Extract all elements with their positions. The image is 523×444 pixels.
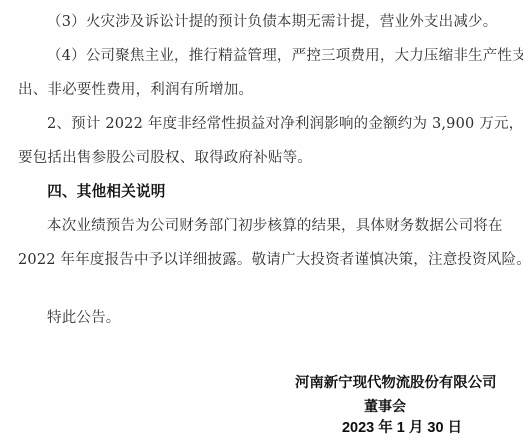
announcement-date: 2023 年 1 月 30 日 xyxy=(307,417,497,440)
paragraph-line: 要包括出售参股公司股权、取得政府补贴等。 xyxy=(18,141,488,175)
closing-line: 特此公告。 xyxy=(18,301,488,335)
paragraph-line: （4）公司聚焦主业，推行精益管理，严控三项费用，大力压缩非生产性支 xyxy=(18,39,488,73)
paragraph-line: 出、非必要性费用，利润有所增加。 xyxy=(18,73,488,107)
announcement-document-page: （3）火灾涉及诉讼计提的预计负债本期无需计提，营业外支出减少。（4）公司聚焦主业… xyxy=(0,0,523,444)
paragraph-line: （3）火灾涉及诉讼计提的预计负债本期无需计提，营业外支出减少。 xyxy=(18,5,488,39)
section-heading: 四、其他相关说明 xyxy=(18,175,488,209)
announcement-body: （3）火灾涉及诉讼计提的预计负债本期无需计提，营业外支出减少。（4）公司聚焦主业… xyxy=(18,5,488,335)
paragraph-line: 2022 年年度报告中予以详细披露。敬请广大投资者谨慎决策，注意投资风险。 xyxy=(18,243,488,277)
signature-block: 河南新宁现代物流股份有限公司 董事会 2023 年 1 月 30 日 xyxy=(295,372,485,440)
board-signer: 董事会 xyxy=(290,395,480,418)
paragraph-line: 本次业绩预告为公司财务部门初步核算的结果，具体财务数据公司将在 xyxy=(18,209,488,243)
company-name: 河南新宁现代物流股份有限公司 xyxy=(295,372,485,395)
paragraph-line: 2、预计 2022 年度非经常性损益对净利润影响的金额约为 3,900 万元，主 xyxy=(18,107,488,141)
